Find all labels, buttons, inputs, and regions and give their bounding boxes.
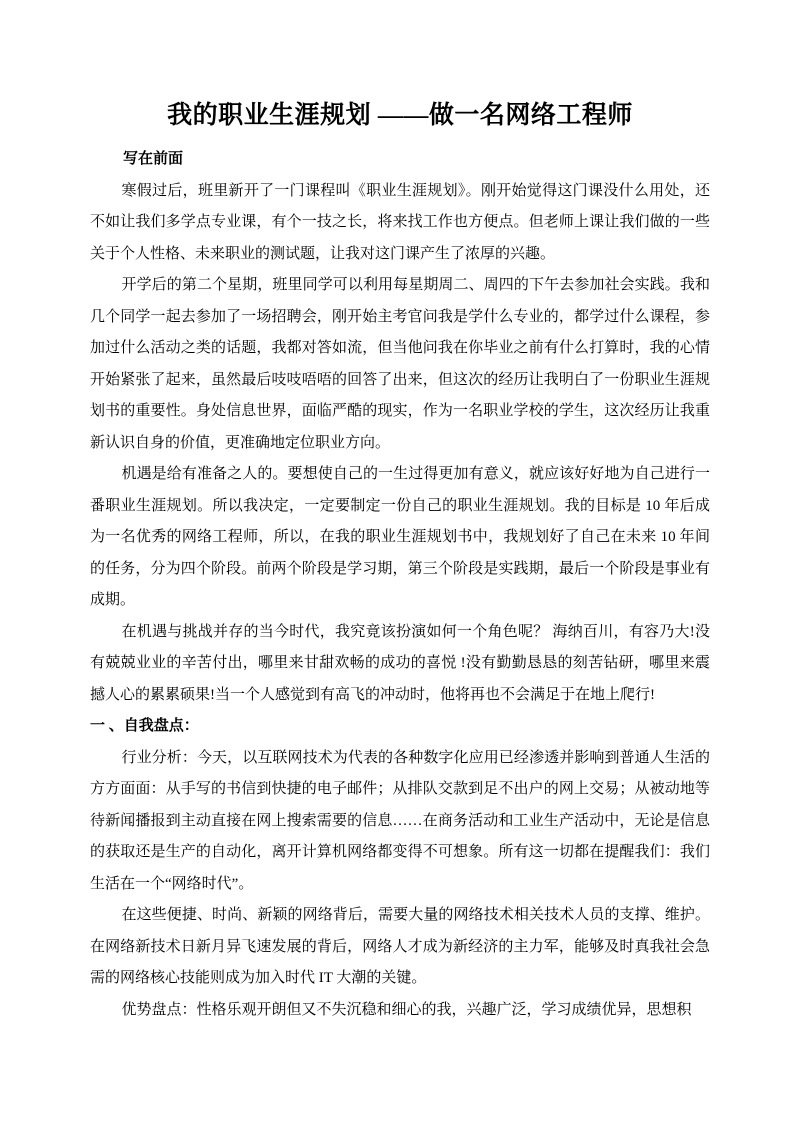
document-page: 我的职业生涯规划 ——做一名网络工程师 写在前面寒假过后，班里新开了一门课程叫《… — [0, 0, 793, 1122]
paragraph: 开学后的第二个星期，班里同学可以利用每星期周二、周四的下午去参加社会实践。我和几… — [90, 270, 710, 459]
document-title: 我的职业生涯规划 ——做一名网络工程师 — [90, 98, 710, 134]
paragraph: 寒假过后，班里新开了一门课程叫《职业生涯规划》。刚开始觉得这门课没什么用处，还不… — [90, 176, 710, 271]
document-body: 写在前面寒假过后，班里新开了一门课程叫《职业生涯规划》。刚开始觉得这门课没什么用… — [90, 144, 710, 1026]
paragraph: 在机遇与挑战并存的当今时代，我究竟该扮演如何一个角色呢？ 海纳百川，有容乃大!没… — [90, 617, 710, 712]
section-heading: 一 、自我盘点： — [90, 711, 710, 743]
paragraph: 行业分析：今天，以互联网技术为代表的各种数字化应用已经渗透并影响到普通人生活的方… — [90, 743, 710, 901]
paragraph: 优势盘点：性格乐观开朗但又不失沉稳和细心的我，兴趣广泛，学习成绩优异，思想积 — [90, 995, 710, 1027]
front-heading: 写在前面 — [90, 144, 710, 176]
paragraph: 机遇是给有准备之人的。要想使自己的一生过得更加有意义，就应该好好地为自己进行一番… — [90, 459, 710, 617]
paragraph: 在这些便捷、时尚、新颖的网络背后，需要大量的网络技术相关技术人员的支撑、维护。在… — [90, 900, 710, 995]
